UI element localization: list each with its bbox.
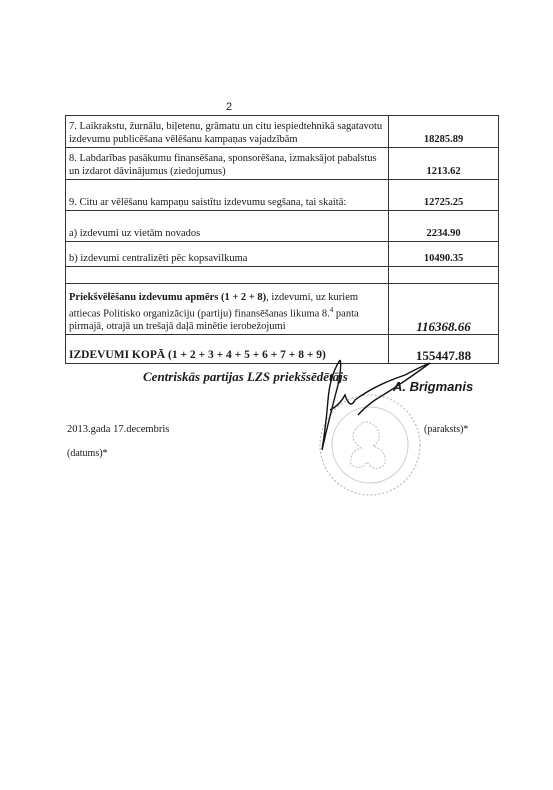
row-label [66,267,389,284]
expenses-table: 7. Laikrakstu, žurnālu, biļetenu, grāmat… [65,115,499,364]
row-label: a) izdevumi uz vietām novados [66,211,389,242]
row-value: 2234.90 [389,211,499,242]
row-value: 10490.35 [389,242,499,267]
row-value [389,267,499,284]
row-label: 9. Citu ar vēlēšanu kampaņu saistītu izd… [66,180,389,211]
table-row: b) izdevumi centralizēti pēc kopsavilkum… [66,242,499,267]
row-label: 8. Labdarības pasākumu finansēšana, spon… [66,148,389,180]
pre-election-value: 116368.66 [389,284,499,335]
table-row: 7. Laikrakstu, žurnālu, biļetenu, grāmat… [66,116,499,148]
row-label: b) izdevumi centralizēti pēc kopsavilkum… [66,242,389,267]
table-row: a) izdevumi uz vietām novados 2234.90 [66,211,499,242]
document-date: 2013.gada 17.decembris [67,424,169,435]
table-row-pre-election: Priekšvēlēšanu izdevumu apmērs (1 + 2 + … [66,284,499,335]
signature-label: (paraksts)* [424,424,468,435]
date-label: (datums)* [67,448,108,459]
signature-icon [300,355,450,465]
table-row: 9. Citu ar vēlēšanu kampaņu saistītu izd… [66,180,499,211]
row-value: 18285.89 [389,116,499,148]
row-value: 1213.62 [389,148,499,180]
table-row-empty [66,267,499,284]
row-value: 12725.25 [389,180,499,211]
signatory-name: A. Brigmanis [393,379,473,394]
page-number: 2 [226,101,232,113]
table-row: 8. Labdarības pasākumu finansēšana, spon… [66,148,499,180]
pre-election-label-bold: Priekšvēlēšanu izdevumu apmērs (1 + 2 + … [69,292,266,303]
pre-election-label: Priekšvēlēšanu izdevumu apmērs (1 + 2 + … [66,284,389,335]
row-label: 7. Laikrakstu, žurnālu, biļetenu, grāmat… [66,116,389,148]
